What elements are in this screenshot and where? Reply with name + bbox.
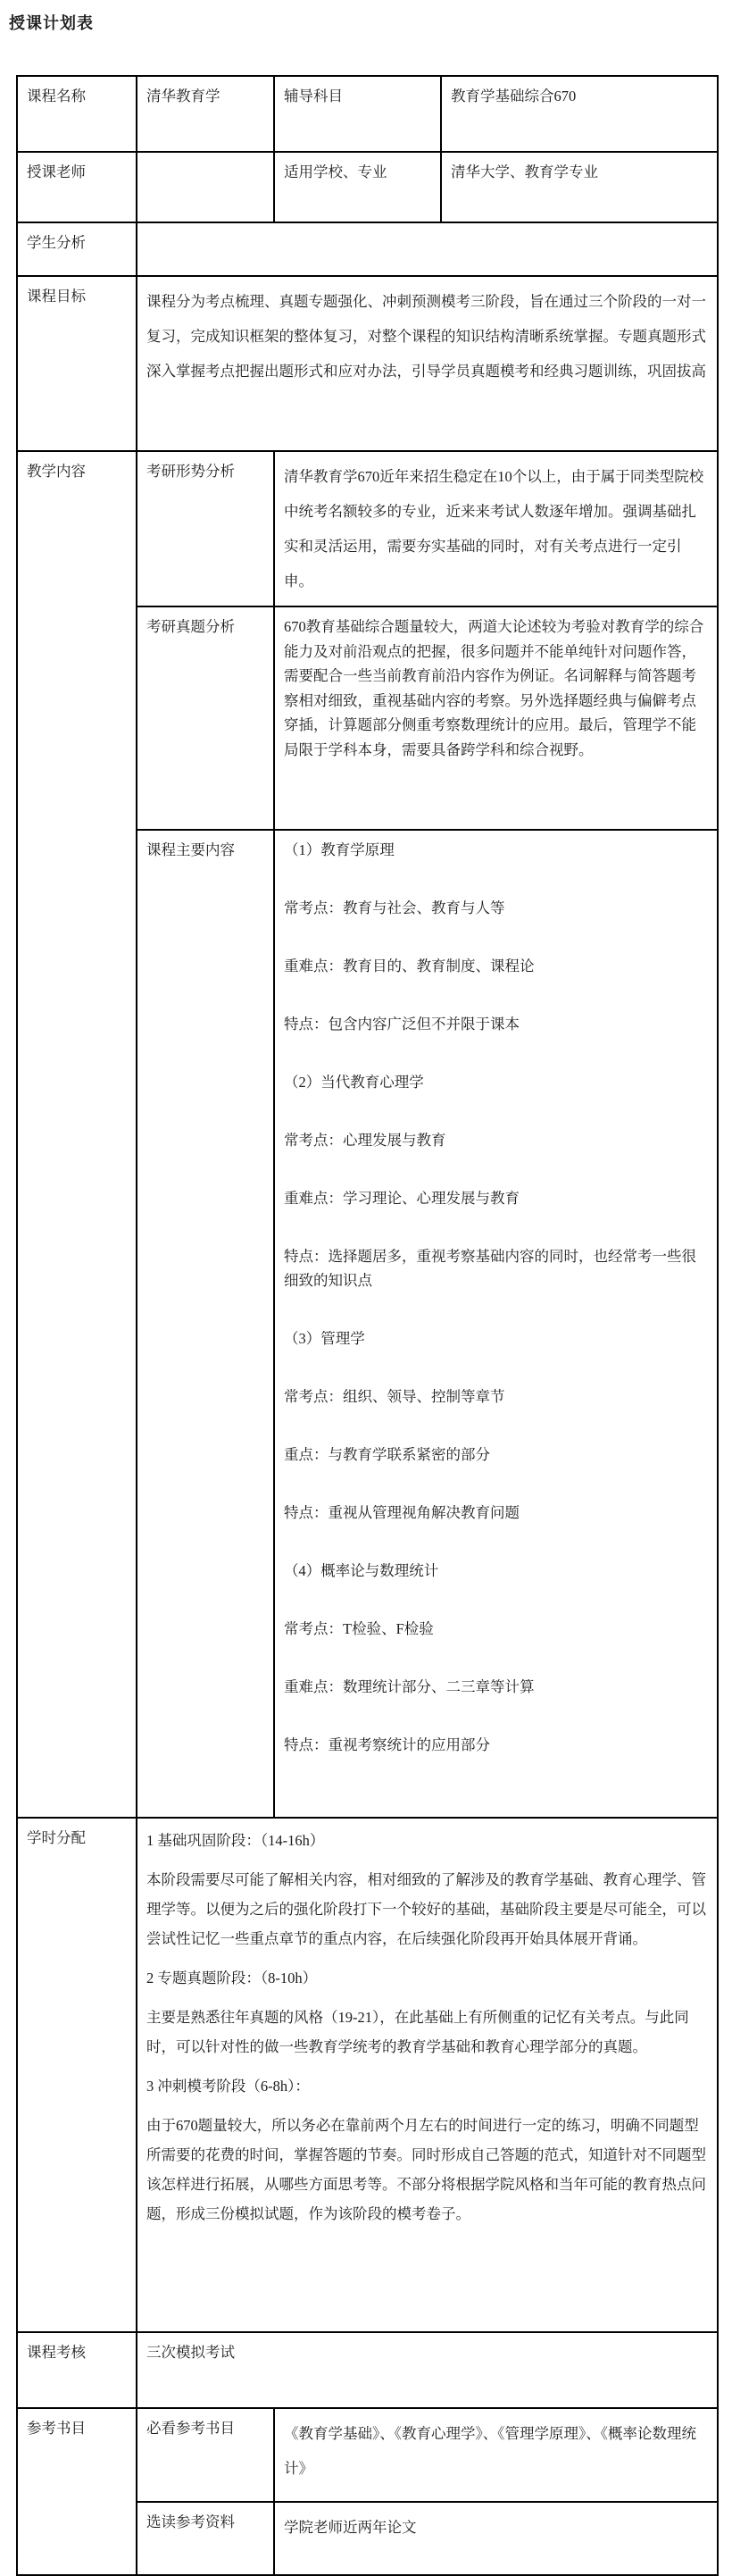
references-label: 参考书目 [17, 2408, 137, 2575]
main-content-item: 特点：重视从管理视角解决教育问题 [284, 1501, 708, 1525]
hours-paragraph: 1 基础巩固阶段：（14-16h） [146, 1826, 708, 1855]
main-content-value: （1）教育学原理 常考点：教育与社会、教育与人等 重难点：教育目的、教育制度、课… [274, 830, 718, 1818]
main-content-label: 课程主要内容 [137, 830, 274, 1818]
table-row: 学时分配 1 基础巩固阶段：（14-16h） 本阶段需要尽可能了解相关内容，相对… [17, 1818, 718, 2332]
main-content-item: 特点：选择题居多，重视考察基础内容的同时，也经常考一些很细致的知识点 [284, 1244, 708, 1292]
table-row: 授课老师 适用学校、专业 清华大学、教育学专业 [17, 152, 718, 222]
main-content-item: 常考点：心理发展与教育 [284, 1128, 708, 1152]
table-row: 课程考核 三次模拟考试 [17, 2332, 718, 2408]
past-exam-analysis-label: 考研真题分析 [137, 606, 274, 830]
applicable-school-label: 适用学校、专业 [274, 152, 441, 222]
main-content-item: 重点：与教育学联系紧密的部分 [284, 1443, 708, 1467]
main-content-item: （3）管理学 [284, 1326, 708, 1351]
main-content-item: （1）教育学原理 [284, 838, 708, 862]
hours-paragraph: 2 专题真题阶段：（8-10h） [146, 1963, 708, 1993]
main-content-item: 常考点：组织、领导、控制等章节 [284, 1384, 708, 1409]
exam-situation-value: 清华教育学670近年来招生稳定在10个以上，由于属于同类型院校中统考名额较多的专… [274, 451, 718, 606]
course-goal-text: 课程分为考点梳理、真题专题强化、冲刺预测模考三阶段，旨在通过三个阶段的一对一复习… [146, 284, 708, 389]
page-title: 授课计划表 [9, 11, 732, 34]
main-content-item: 特点：包含内容广泛但不并限于课本 [284, 1012, 708, 1036]
document-page: 授课计划表 课程名称 清华教育学 辅导科目 教育学基础综合670 授课老师 适用… [0, 11, 732, 2576]
teaching-content-label: 教学内容 [17, 451, 137, 1818]
lesson-plan-table: 课程名称 清华教育学 辅导科目 教育学基础综合670 授课老师 适用学校、专业 … [16, 75, 719, 2576]
course-name-label: 课程名称 [17, 76, 137, 152]
hours-paragraph: 本阶段需要尽可能了解相关内容，相对细致的了解涉及的教育学基础、教育心理学、管理学… [146, 1865, 708, 1953]
past-exam-analysis-text: 670教育基础综合题量较大，两道大论述较为考验对教育学的综合能力及对前沿观点的把… [284, 615, 708, 762]
hours-paragraph: 主要是熟悉往年真题的风格（19-21），在此基础上有所侧重的记忆有关考点。与此同… [146, 2003, 708, 2062]
course-name-value: 清华教育学 [137, 76, 274, 152]
teacher-label: 授课老师 [17, 152, 137, 222]
teacher-value [137, 152, 274, 222]
main-content-item: 重难点：教育目的、教育制度、课程论 [284, 954, 708, 978]
hours-paragraph: 由于670题量较大，所以务必在靠前两个月左右的时间进行一定的练习，明确不同题型所… [146, 2111, 708, 2229]
course-goal-label: 课程目标 [17, 276, 137, 451]
table-row: 参考书目 必看参考书目 《教育学基础》、《教育心理学》、《管理学原理》、《概率论… [17, 2408, 718, 2502]
main-content-item: 常考点：教育与社会、教育与人等 [284, 896, 708, 920]
main-content-item: 重难点：数理统计部分、二三章等计算 [284, 1675, 708, 1699]
table-row: 学生分析 [17, 222, 718, 276]
must-read-label: 必看参考书目 [137, 2408, 274, 2502]
hours-paragraph: 3 冲刺模考阶段（6-8h）： [146, 2071, 708, 2101]
main-content-item: 重难点：学习理论、心理发展与教育 [284, 1186, 708, 1210]
main-content-item: 常考点：T检验、F检验 [284, 1617, 708, 1641]
optional-read-label: 选读参考资料 [137, 2502, 274, 2575]
exam-situation-text: 清华教育学670近年来招生稳定在10个以上，由于属于同类型院校中统考名额较多的专… [284, 459, 708, 598]
optional-read-value: 学院老师近两年论文 [274, 2502, 718, 2575]
assessment-label: 课程考核 [17, 2332, 137, 2408]
course-goal-value: 课程分为考点梳理、真题专题强化、冲刺预测模考三阶段，旨在通过三个阶段的一对一复习… [137, 276, 718, 451]
applicable-school-value: 清华大学、教育学专业 [441, 152, 718, 222]
table-row: 课程名称 清华教育学 辅导科目 教育学基础综合670 [17, 76, 718, 152]
main-content-item: （4）概率论与数理统计 [284, 1559, 708, 1583]
past-exam-analysis-value: 670教育基础综合题量较大，两道大论述较为考验对教育学的综合能力及对前沿观点的把… [274, 606, 718, 830]
assessment-value: 三次模拟考试 [137, 2332, 718, 2408]
table-row: 课程目标 课程分为考点梳理、真题专题强化、冲刺预测模考三阶段，旨在通过三个阶段的… [17, 276, 718, 451]
main-content-item: （2）当代教育心理学 [284, 1070, 708, 1094]
must-read-value: 《教育学基础》、《教育心理学》、《管理学原理》、《概率论数理统计》 [274, 2408, 718, 2502]
exam-situation-label: 考研形势分析 [137, 451, 274, 606]
student-analysis-label: 学生分析 [17, 222, 137, 276]
must-read-text: 《教育学基础》、《教育心理学》、《管理学原理》、《概率论数理统计》 [284, 2416, 708, 2486]
optional-read-text: 学院老师近两年论文 [284, 2510, 708, 2545]
hours-allocation-value: 1 基础巩固阶段：（14-16h） 本阶段需要尽可能了解相关内容，相对细致的了解… [137, 1818, 718, 2332]
table-row: 教学内容 考研形势分析 清华教育学670近年来招生稳定在10个以上，由于属于同类… [17, 451, 718, 606]
hours-allocation-label: 学时分配 [17, 1818, 137, 2332]
tutoring-subject-label: 辅导科目 [274, 76, 441, 152]
main-content-item: 特点：重视考察统计的应用部分 [284, 1733, 708, 1757]
student-analysis-value [137, 222, 718, 276]
tutoring-subject-value: 教育学基础综合670 [441, 76, 718, 152]
